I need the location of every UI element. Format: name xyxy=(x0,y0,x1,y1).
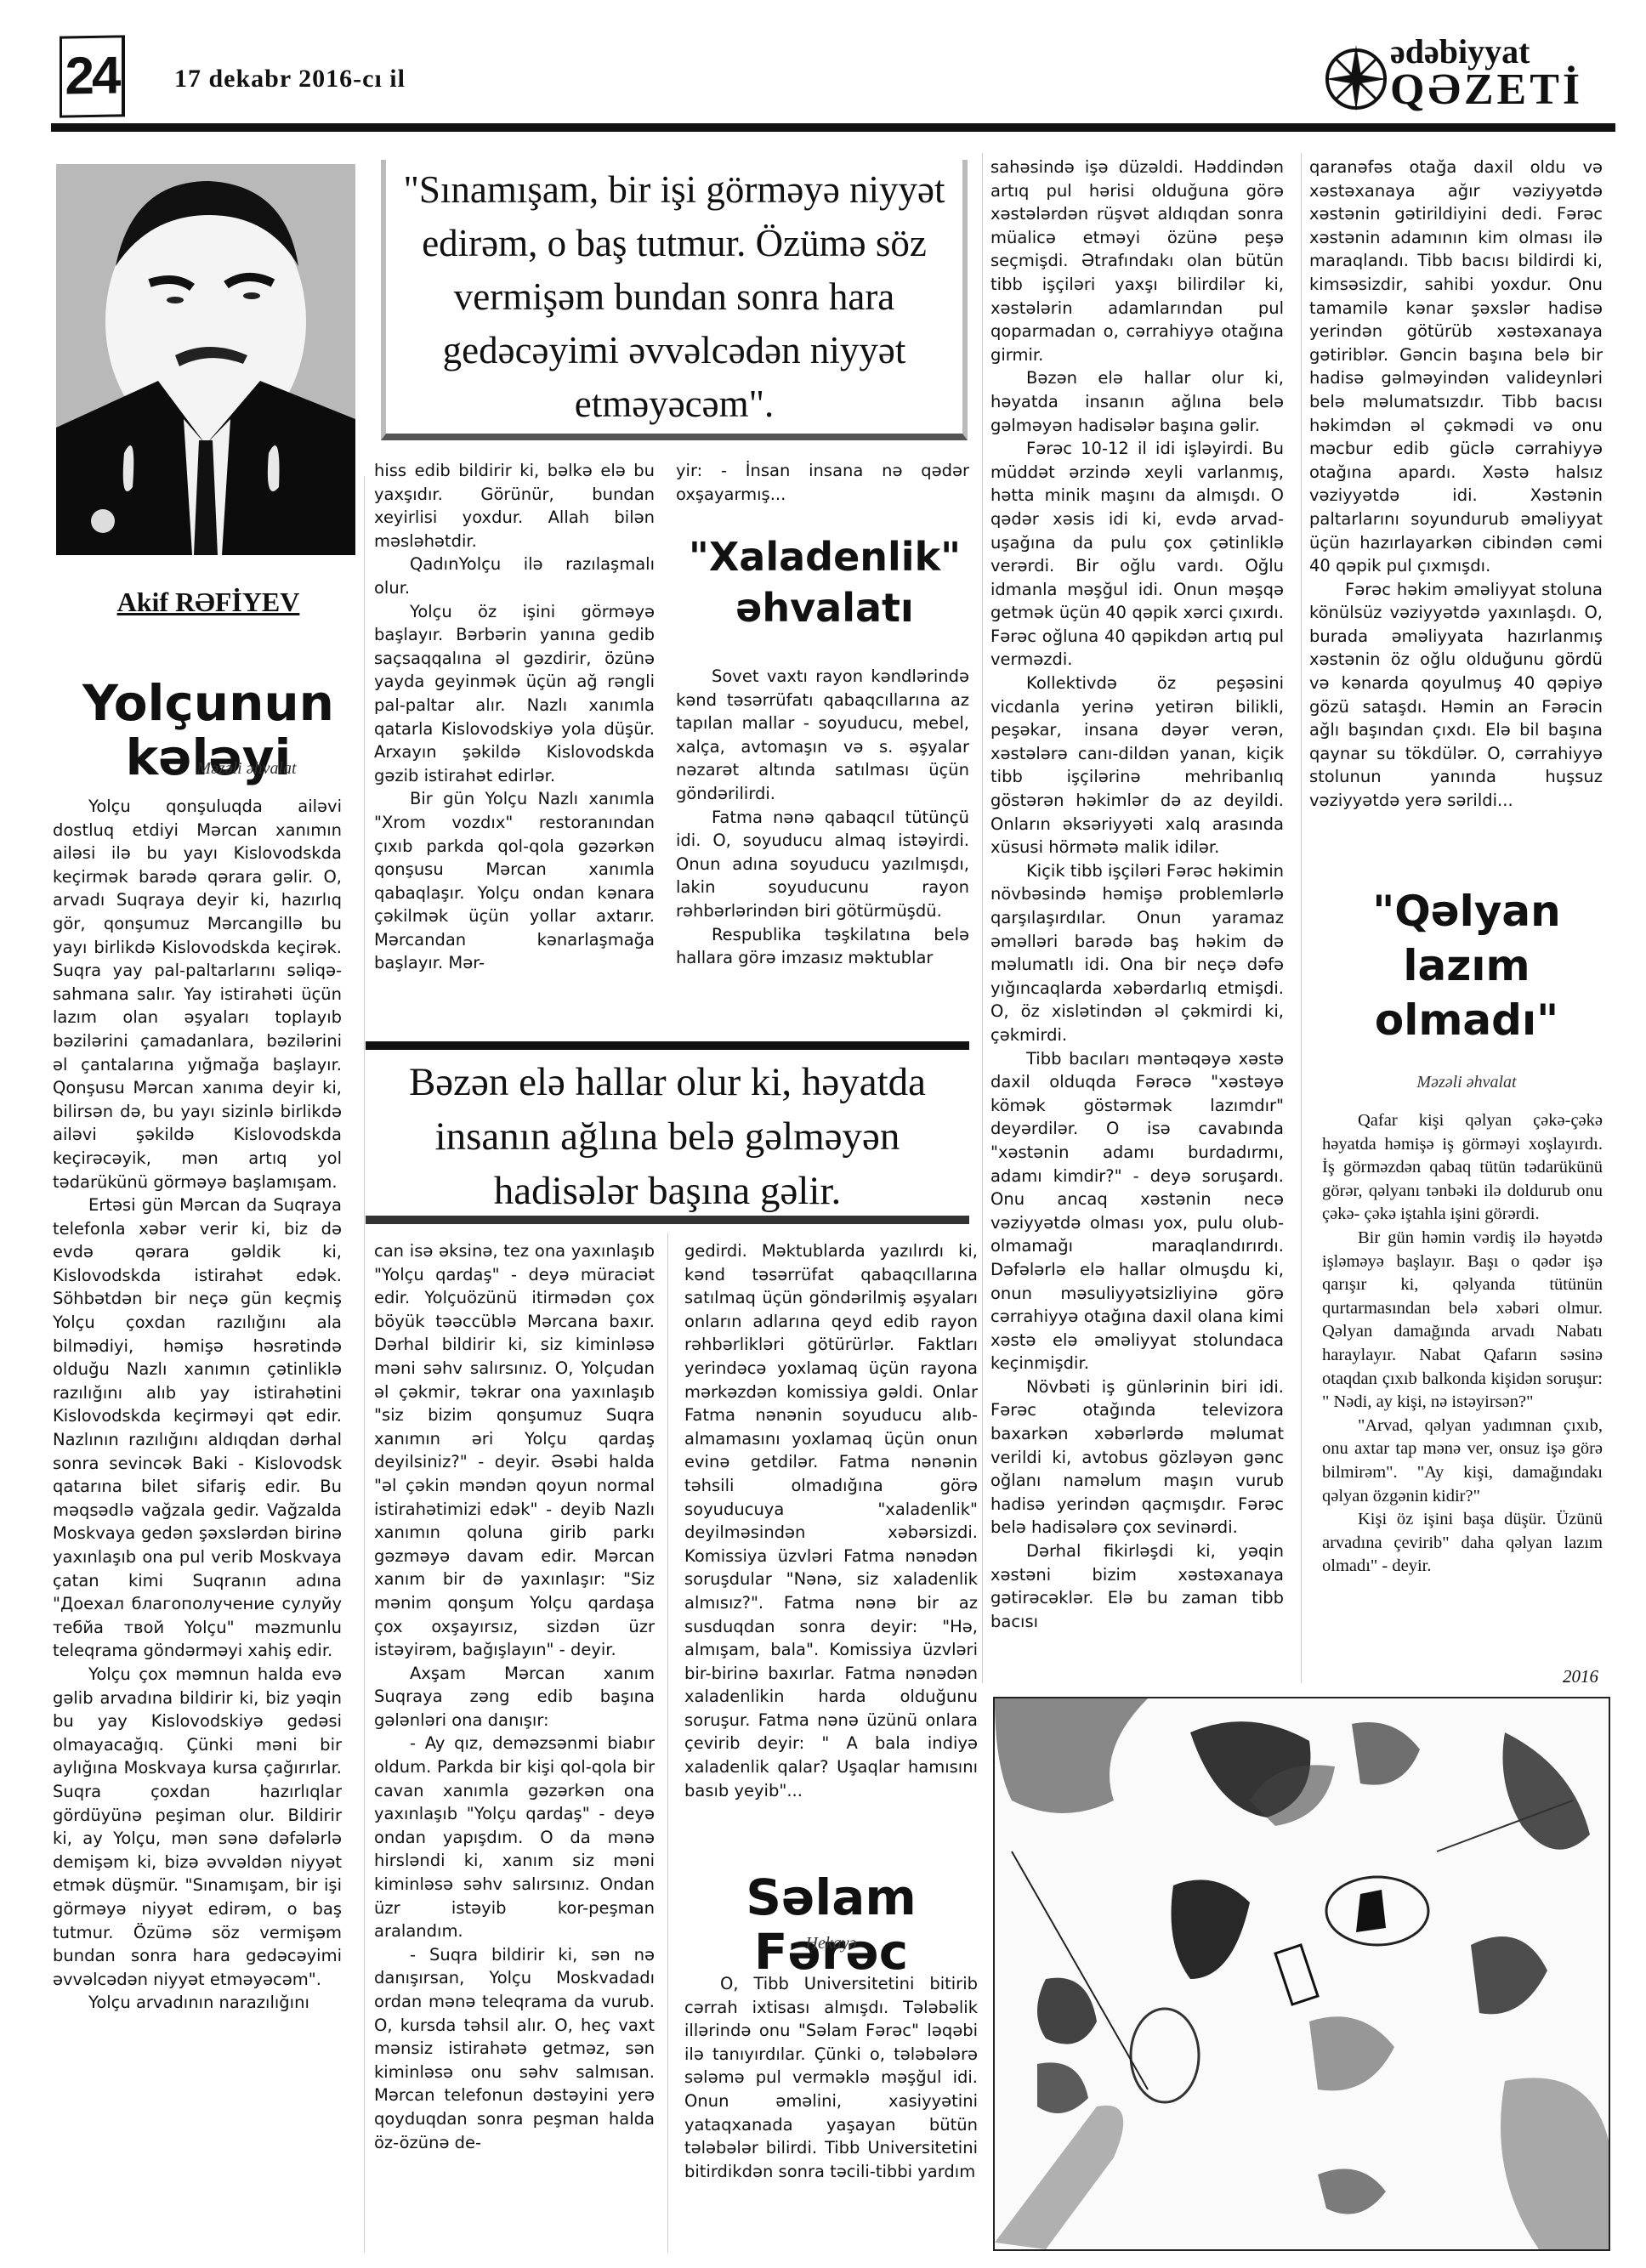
paragraph: Axşam Mərcan xanım Suqraya zəng edib baş… xyxy=(374,1662,655,1732)
paragraph: Yolçu qonşuluqda ailəvi dostluq etdiyi M… xyxy=(53,795,342,1194)
paragraph: Ertəsi gün Mərcan da Suqraya telefonla x… xyxy=(53,1194,342,1663)
paragraph: Tibb bacıları məntəqəyə xəstə daxil oldu… xyxy=(990,1047,1284,1375)
pull-quote-banner: Bəzən elə hallar olur ki, həyatda insanı… xyxy=(366,1041,969,1224)
paragraph: can isə əksinə, tez ona yaxınlaşıb "Yolç… xyxy=(374,1239,655,1662)
paragraph: yir: - İnsan insana nə qədər oxşayarmış.… xyxy=(676,459,969,506)
paragraph: Bəzən elə hallar olur ki, həyatda insanı… xyxy=(990,366,1284,437)
column-divider xyxy=(667,1233,668,2253)
story4-title-line-2: lazım xyxy=(1326,938,1607,993)
paragraph: Kollektivdə öz peşəsini vicdanla yerinə … xyxy=(990,672,1284,859)
paragraph: O, Tibb Universitetini bitirib cərrah ix… xyxy=(684,1972,978,2183)
paragraph: Yolçu öz işini görməyə başlayır. Bərbəri… xyxy=(374,600,655,788)
story1-column-1: Yolçu qonşuluqda ailəvi dostluq etdiyi M… xyxy=(53,795,342,2015)
abstract-art-image xyxy=(995,1698,1609,2249)
story4-column: Qafar kişi qəlyan çəkə-çəkə həyatda həmi… xyxy=(1322,1109,1603,1579)
paragraph: hiss edib bildirir ki, bəlkə elə bu yaxş… xyxy=(374,459,655,553)
story3-subtitle: Hekayə xyxy=(684,1934,978,1953)
paragraph: - Ay qız, deməzsənmi biabır oldum. Parkd… xyxy=(374,1732,655,1942)
paragraph: Respublika təşkilatına belə hallara görə… xyxy=(676,923,969,970)
paragraph: Yolçu arvadının narazılığını xyxy=(53,1991,342,2015)
column-divider xyxy=(364,476,365,2253)
paragraph: Fərəc həkim əməliyyat stoluna könülsüz v… xyxy=(1309,578,1603,813)
logo-line-2: QƏZETİ xyxy=(1390,68,1583,112)
paragraph: Bir gün Yolçu Nazlı xanımla "Xrom vozdıx… xyxy=(374,787,655,975)
story4-title-line-3: olmadı" xyxy=(1326,993,1607,1047)
header-rule xyxy=(51,123,1615,132)
story1-column-3-top: yir: - İnsan insana nə qədər oxşayarmış.… xyxy=(676,459,969,506)
story4-subtitle: Məzəli əhvalat xyxy=(1326,1073,1607,1092)
paragraph: Fərəc 10-12 il idi işləyirdi. Bu müddət … xyxy=(990,437,1284,672)
newspaper-logo: ədəbiyyat QƏZETİ xyxy=(1314,34,1632,119)
story1-title-line-1: Yolçunun xyxy=(51,676,366,730)
column-divider xyxy=(982,153,983,1683)
paragraph: Sovet vaxtı rayon kəndlərində kənd təsər… xyxy=(676,665,969,806)
paragraph: Qafar kişi qəlyan çəkə-çəkə həyatda həmi… xyxy=(1322,1109,1603,1227)
paragraph: Fatma nənə qabaqcıl tütünçü idi. O, soyu… xyxy=(676,806,969,923)
column-divider xyxy=(1301,153,1302,1683)
paragraph: QadınYolçu ilə razılaşmalı olur. xyxy=(374,553,655,599)
paragraph: "Arvad, qəlyan yadımnan çıxıb, onu axtar… xyxy=(1322,1415,1603,1508)
paragraph: Kişi öz işini başa düşür. Üzünü arvadına… xyxy=(1322,1508,1603,1579)
story1-column-2-bottom: can isə əksinə, tez ona yaxınlaşıb "Yolç… xyxy=(374,1239,655,2154)
story2-title-line-1: "Xaladenlik" xyxy=(672,531,978,582)
paragraph: Yolçu çox məmnun halda evə gəlib arvadın… xyxy=(53,1663,342,1991)
story1-subtitle: Məzəli əhvalat xyxy=(119,759,374,779)
story1-column-2-top: hiss edib bildirir ki, bəlkə elə bu yaxş… xyxy=(374,459,655,975)
paragraph: Növbəti iş günlərinin biri idi. Fərəc ot… xyxy=(990,1375,1284,1539)
story2-column-top: Sovet vaxtı rayon kəndlərində kənd təsər… xyxy=(676,665,969,970)
story4-year: 2016 xyxy=(1513,1666,1598,1687)
paragraph: - Suqra bildirir ki, sən nə danışırsan, … xyxy=(374,1943,655,2154)
compass-star-icon xyxy=(1322,38,1390,115)
story3-column-3: O, Tibb Universitetini bitirib cərrah ix… xyxy=(684,1972,978,2183)
paragraph: Kiçik tibb işçiləri Fərəc həkimin növbəs… xyxy=(990,859,1284,1047)
author-name: Akif RƏFİYEV xyxy=(60,587,357,618)
story4-title-line-1: "Qəlyan xyxy=(1326,884,1607,938)
story3-title: Səlam Fərəc xyxy=(684,1870,978,1979)
paragraph: sahəsində işə düzəldi. Həddindən artıq p… xyxy=(990,156,1284,366)
pull-quote-box: "Sınamışam, bir işi görməyə niyyət edirə… xyxy=(381,160,968,440)
story4-title: "Qəlyan lazım olmadı" xyxy=(1326,884,1607,1047)
story3-column-5: qaranəfəs otağa daxil oldu və xəstəxanay… xyxy=(1309,156,1603,813)
paragraph: gedirdi. Məktublarda yazılırdı ki, kənd … xyxy=(684,1239,978,1802)
story2-column-bottom: gedirdi. Məktublarda yazılırdı ki, kənd … xyxy=(684,1239,978,1802)
banner-text: Bəzən elə hallar olur ki, həyatda insanı… xyxy=(366,1050,969,1218)
pull-quote-text: "Sınamışam, bir işi görməyə niyyət edirə… xyxy=(386,160,962,431)
paragraph: Dərhal fikirləşdi ki, yəqin xəstəni bizi… xyxy=(990,1539,1284,1633)
story2-title-line-2: əhvalatı xyxy=(672,582,978,633)
artwork-illustration xyxy=(993,1697,1610,2251)
portrait-image xyxy=(56,164,355,555)
author-photo xyxy=(56,164,355,555)
issue-date: 17 dekabr 2016-cı il xyxy=(174,65,406,94)
paragraph: Bir gün həmin vərdiş ilə həyətdə işləməy… xyxy=(1322,1227,1603,1415)
paragraph: qaranəfəs otağa daxil oldu və xəstəxanay… xyxy=(1309,156,1603,578)
story3-column-4: sahəsində işə düzəldi. Həddindən artıq p… xyxy=(990,156,1284,1633)
logo-line-1: ədəbiyyat xyxy=(1390,34,1530,70)
page-number: 24 xyxy=(60,35,125,117)
story2-title: "Xaladenlik" əhvalatı xyxy=(672,531,978,633)
